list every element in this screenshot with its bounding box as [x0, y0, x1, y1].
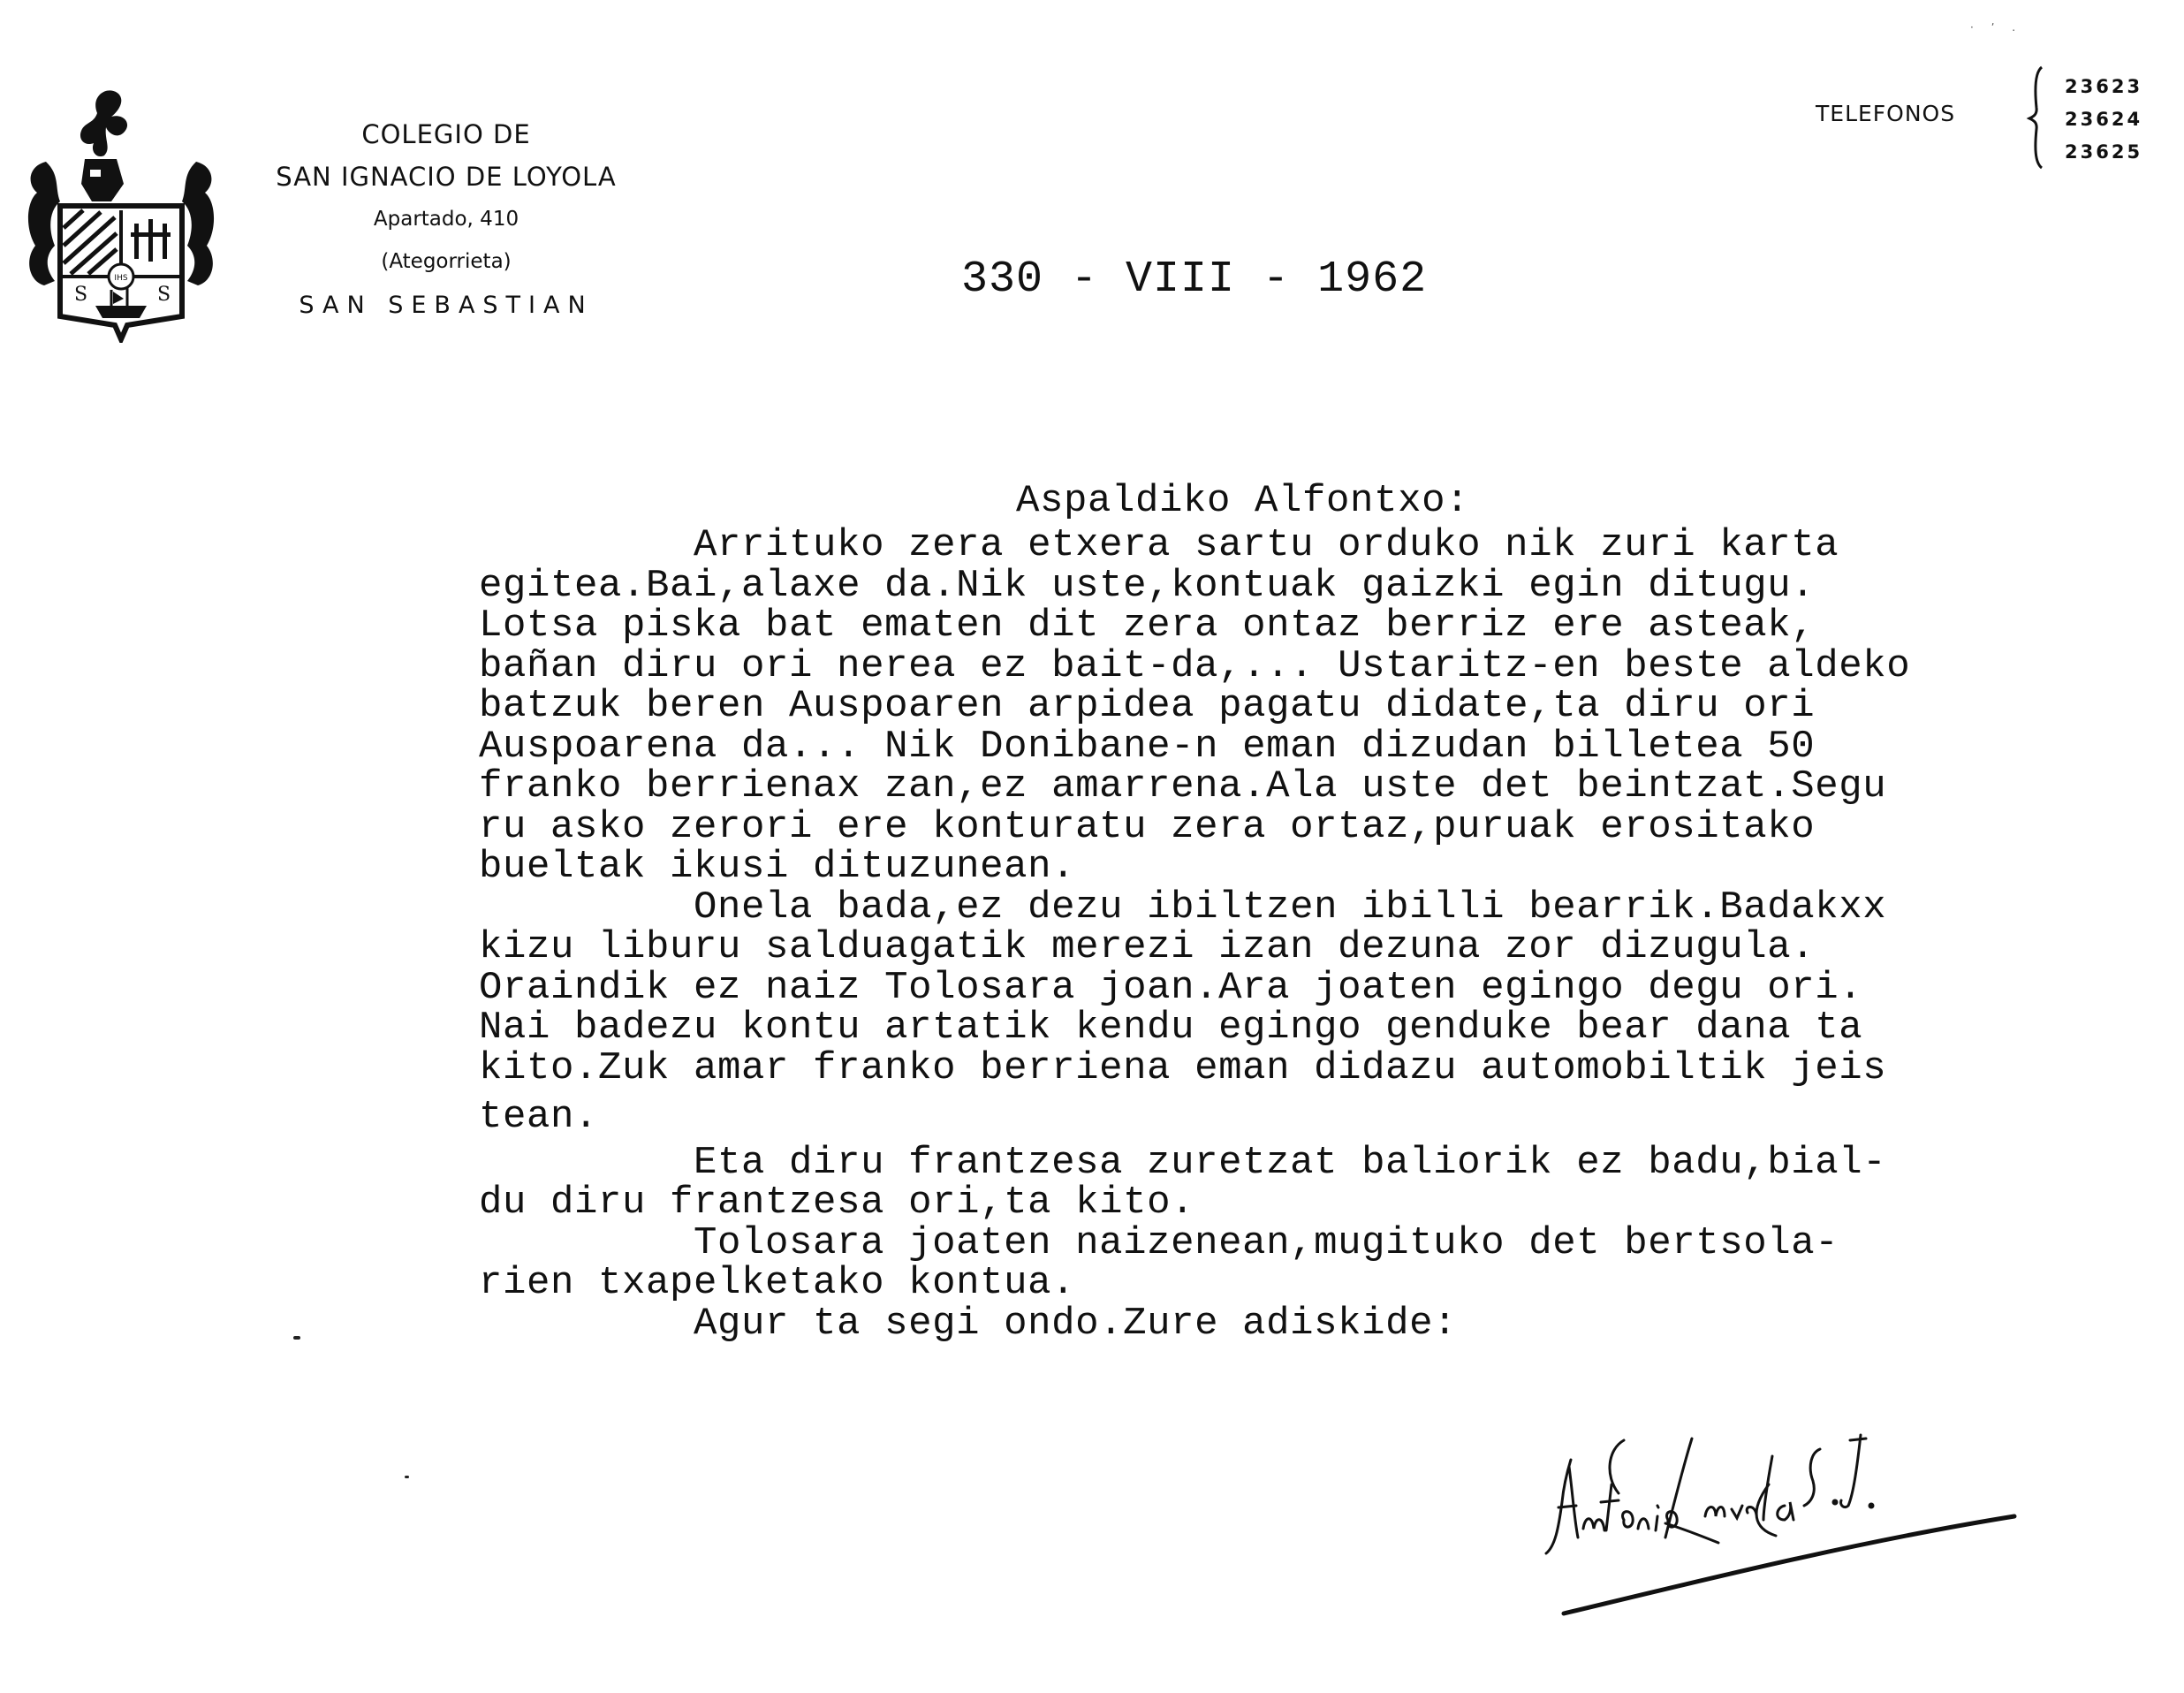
school-letterhead: COLEGIO DE SAN IGNACIO DE LOYOLA Apartad… [239, 113, 654, 329]
body-line: Agur ta segi ondo.Zure adiskide: [479, 1302, 1457, 1346]
body-line: franko berrienax zan,ez amarrena.Ala ust… [479, 764, 1886, 809]
body-line: rien txapelketako kontua. [479, 1261, 1075, 1305]
paper-specks: · ʼ . [1970, 21, 2022, 34]
body-line: Auspoarena da... Nik Donibane-n eman diz… [479, 725, 1815, 769]
handwritten-signature-icon [1520, 1431, 2138, 1652]
body-line: kito.Zuk amar franko berriena eman didaz… [479, 1046, 1886, 1090]
body-line: kizu liburu salduagatik merezi izan dezu… [479, 925, 1815, 969]
body-line: Arrituko zera etxera sartu orduko nik zu… [479, 523, 1839, 567]
coat-of-arms-icon: IHS S S [19, 78, 223, 343]
body-line: Eta diru frantzesa zuretzat baliorik ez … [479, 1141, 1886, 1185]
body-line: bañan diru ori nerea ez bait-da,... Usta… [479, 644, 1910, 688]
school-name-line: SAN IGNACIO DE LOYOLA [239, 156, 654, 198]
district: (Ategorrieta) [239, 240, 654, 283]
body-line: egitea.Bai,alaxe da.Nik uste,kontuak gai… [479, 564, 1815, 608]
phone-numbers: 23623 23624 23625 [2065, 71, 2142, 169]
body-line: Tolosara joaten naizenean,mugituko det b… [479, 1221, 1839, 1265]
body-line: bueltak ikusi dituzunean. [479, 845, 1075, 889]
city: SAN SEBASTIAN [239, 283, 654, 329]
phone-number: 23625 [2065, 136, 2142, 169]
body-line: du diru frantzesa ori,ta kito. [479, 1181, 1194, 1225]
school-name-line: COLEGIO DE [239, 113, 654, 156]
body-line: batzuk beren Auspoaren arpidea pagatu di… [479, 684, 1815, 728]
salutation: Aspaldiko Alfontxo: [1016, 479, 1469, 523]
ink-speck [405, 1476, 409, 1478]
phone-number: 23623 [2065, 71, 2142, 103]
body-line: Lotsa piska bat ematen dit zera ontaz be… [479, 604, 1815, 648]
postal-box: Apartado, 410 [239, 198, 654, 240]
svg-text:S: S [74, 284, 87, 306]
letter-page: IHS S S COLEGIO DE SAN IGNACIO DE LOYOLA… [0, 0, 2184, 1693]
body-line: tean. [479, 1095, 598, 1139]
body-line: Nai badezu kontu artatik kendu egingo ge… [479, 1006, 1862, 1050]
body-line: Oraindik ez naiz Tolosara joan.Ara joate… [479, 966, 1862, 1010]
phone-number: 23624 [2065, 103, 2142, 136]
curly-brace-icon [2021, 64, 2056, 171]
svg-text:S: S [157, 284, 171, 306]
letter-date: 330 - VIII - 1962 [961, 254, 1427, 305]
body-line: ru asko zerori ere konturatu zera ortaz,… [479, 805, 1815, 849]
phones-label: TELEFONOS [1816, 101, 1955, 126]
ink-speck [293, 1336, 300, 1340]
body-line: Onela bada,ez dezu ibiltzen ibilli bearr… [479, 885, 1886, 930]
svg-text:IHS: IHS [114, 274, 127, 283]
